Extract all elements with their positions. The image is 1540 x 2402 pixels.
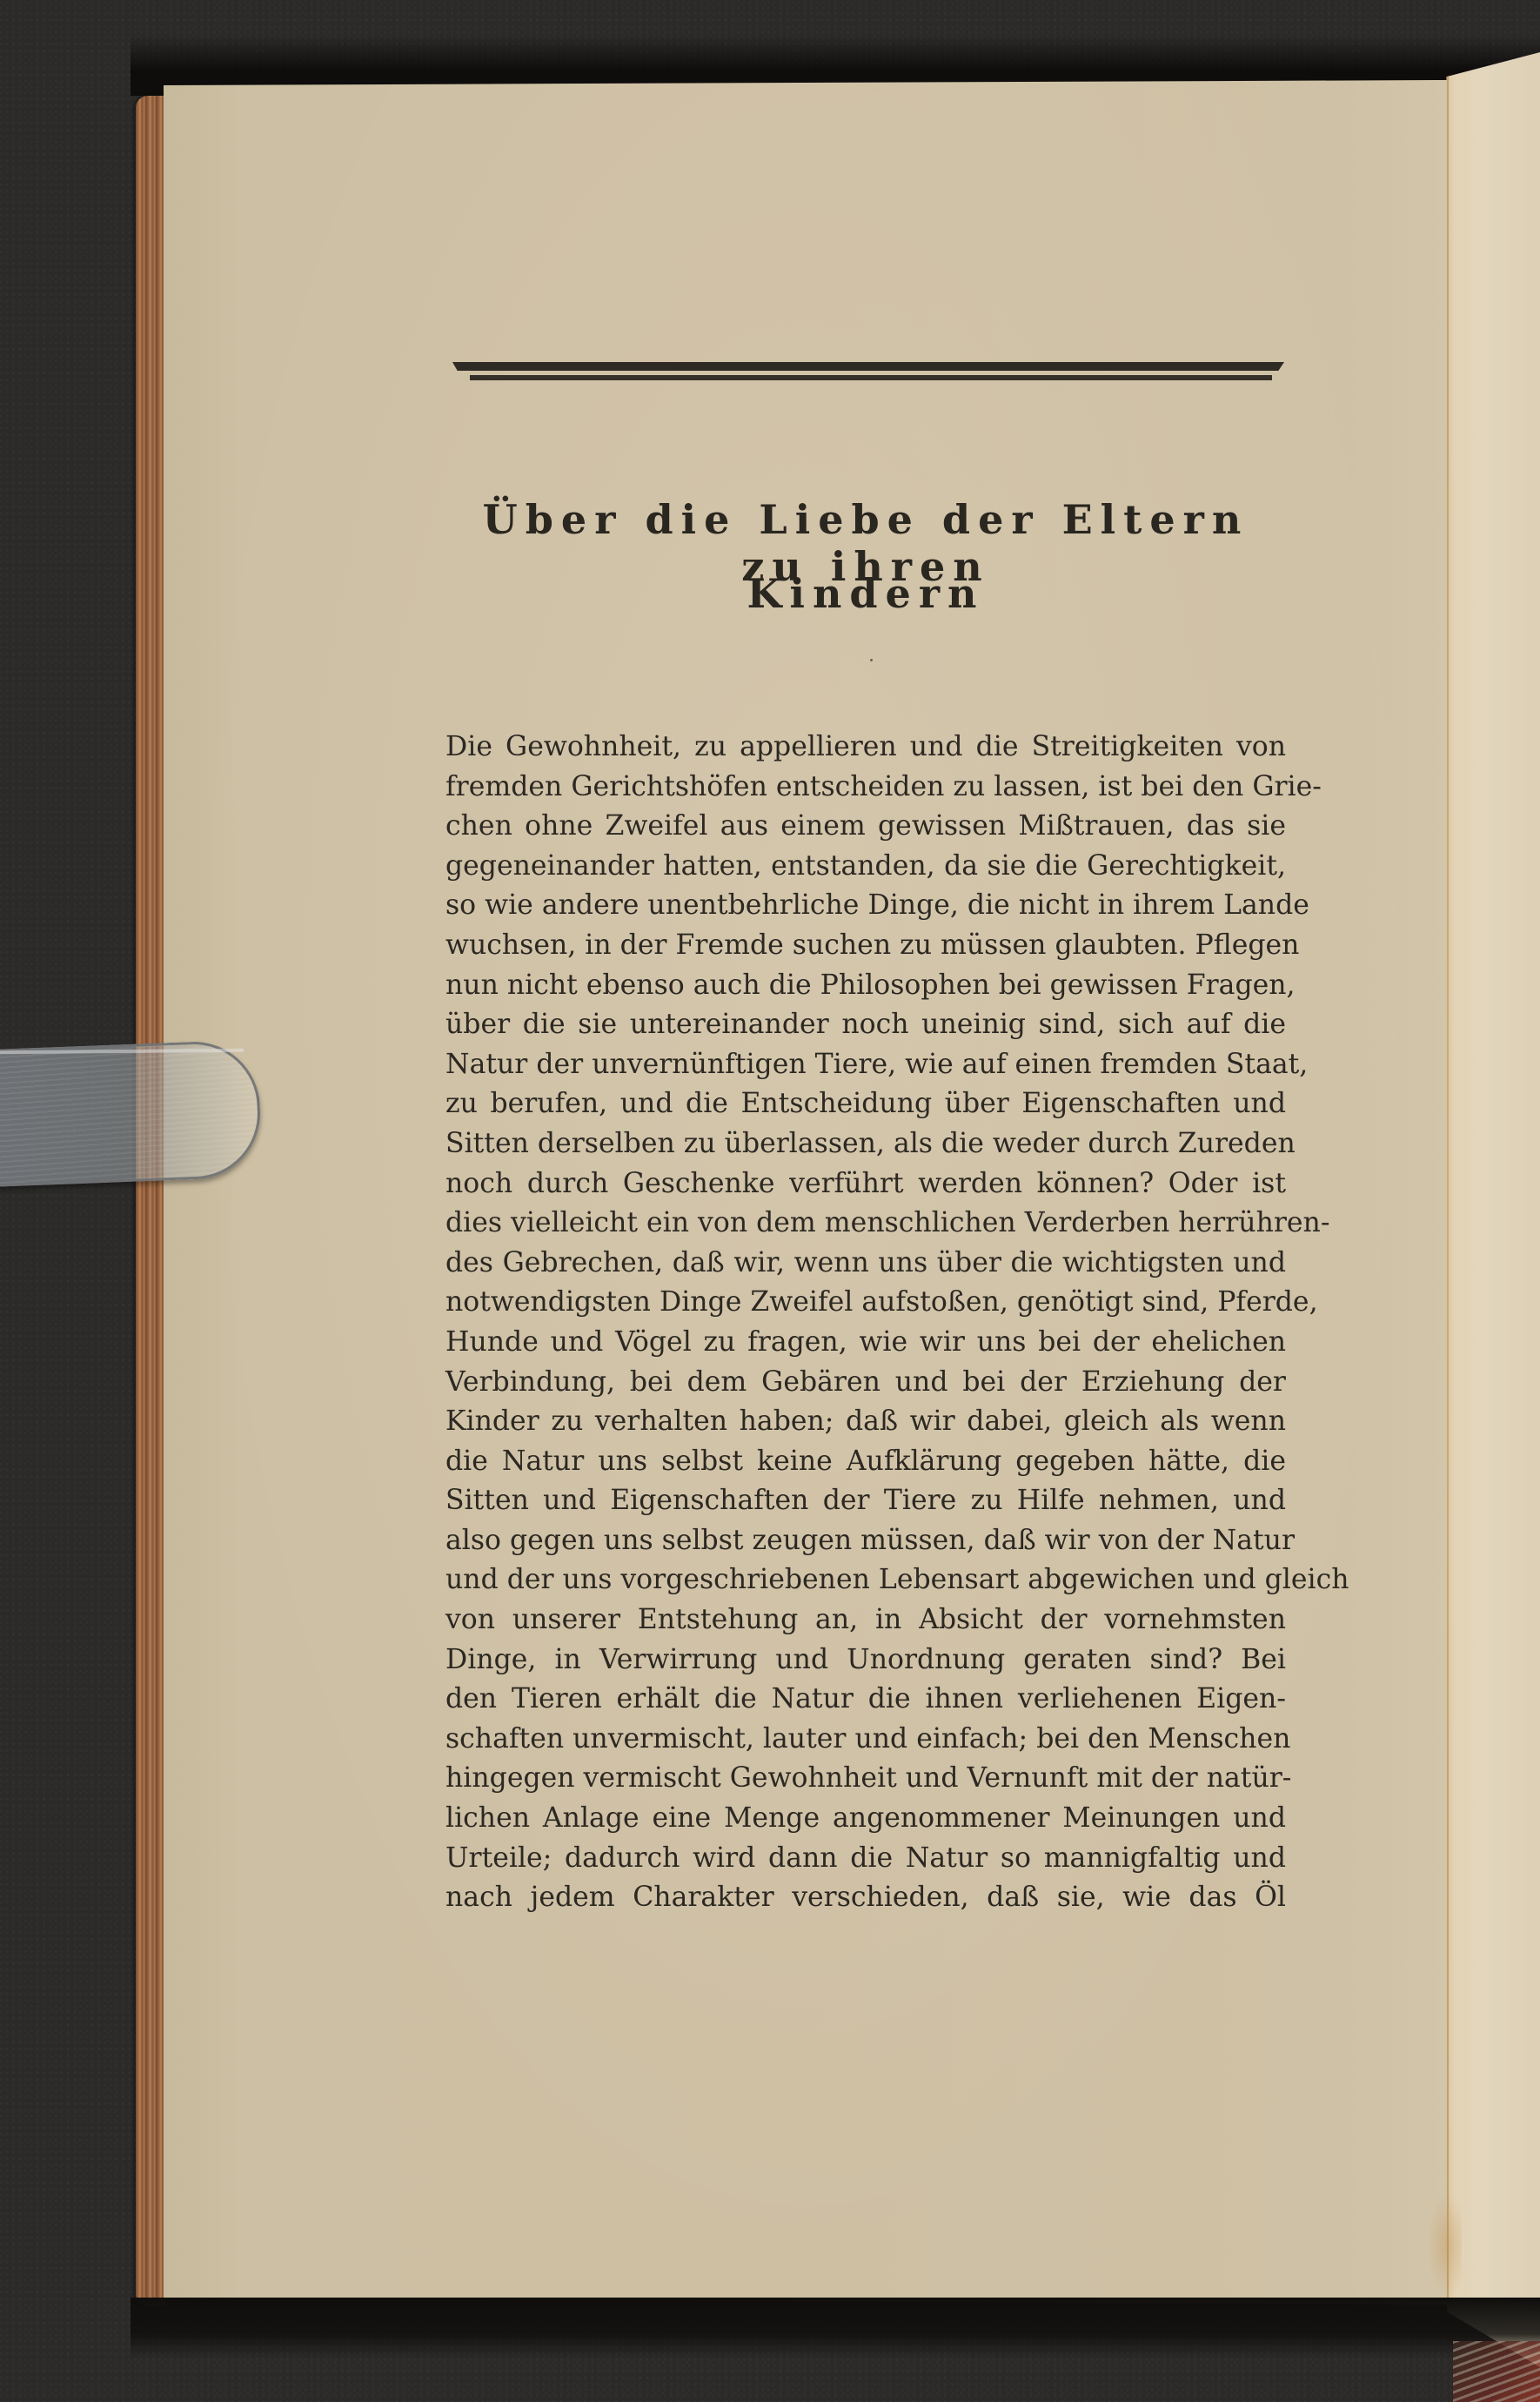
text-line: dies vielleicht ein von dem menschlichen… <box>445 1204 1286 1244</box>
text-line: schaften unvermischt, lauter und einfach… <box>445 1720 1286 1760</box>
text-line: den Tieren erhält die Natur die ihnen ve… <box>445 1680 1286 1720</box>
text-line: nun nicht ebenso auch die Philosophen be… <box>445 966 1286 1006</box>
text-line: Urteile; dadurch wird dann die Natur so … <box>445 1839 1286 1879</box>
text-line: lichen Anlage eine Menge angenommener Me… <box>445 1799 1286 1839</box>
gutter-stain <box>1427 2193 1462 2298</box>
text-line: des Gebrechen, daß wir, wenn uns über di… <box>445 1244 1286 1284</box>
text-line: Dinge, in Verwirrung und Unordnung gerat… <box>445 1640 1286 1681</box>
text-line: also gegen uns selbst zeugen müssen, daß… <box>445 1521 1286 1561</box>
print-speck <box>870 659 873 661</box>
page-holder-clip <box>0 1039 263 1187</box>
text-line: Hunde und Vögel zu fragen, wie wir uns b… <box>445 1323 1286 1363</box>
text-line: Sitten und Eigenschaften der Tiere zu Hi… <box>445 1481 1286 1521</box>
facing-page-edge <box>1447 52 1540 2367</box>
text-line: Natur der unvernünftigen Tiere, wie auf … <box>445 1045 1286 1085</box>
book-bottom-shadow <box>131 2298 1540 2358</box>
text-line: und der uns vorgeschriebenen Lebensart a… <box>445 1560 1286 1600</box>
text-line: wuchsen, in der Fremde suchen zu müssen … <box>445 926 1286 966</box>
chapter-title-line-2: Kindern <box>445 570 1286 617</box>
page-fore-edge-stack <box>136 96 167 2306</box>
double-rule-ornament <box>452 362 1284 385</box>
body-paragraph: Die Gewohnheit, zu appellieren und die S… <box>445 728 1286 1918</box>
text-line: von unserer Entstehung an, in Absicht de… <box>445 1600 1286 1640</box>
text-line: über die sie untereinander noch uneinig … <box>445 1005 1286 1045</box>
rule-thin <box>470 375 1272 380</box>
text-line: Die Gewohnheit, zu appellieren und die S… <box>445 728 1286 768</box>
text-line: hingegen vermischt Gewohnheit und Vernun… <box>445 1759 1286 1799</box>
text-line: nach jedem Charakter verschieden, daß si… <box>445 1878 1286 1918</box>
text-line: notwendigsten Dinge Zweifel aufstoßen, g… <box>445 1283 1286 1323</box>
text-line: Sitten derselben zu überlassen, als die … <box>445 1124 1286 1164</box>
text-line: die Natur uns selbst keine Aufklärung ge… <box>445 1442 1286 1482</box>
rule-thick <box>452 362 1284 371</box>
text-line: zu berufen, und die Entscheidung über Ei… <box>445 1084 1286 1124</box>
text-line: Verbindung, bei dem Gebären und bei der … <box>445 1363 1286 1403</box>
text-line: Kinder zu verhalten haben; daß wir dabei… <box>445 1402 1286 1442</box>
text-line: so wie andere unentbehrliche Dinge, die … <box>445 886 1286 926</box>
ribbon-fringe <box>1453 2341 1540 2402</box>
text-line: chen ohne Zweifel aus einem gewissen Miß… <box>445 807 1286 847</box>
text-line: gegeneinander hatten, entstanden, da sie… <box>445 847 1286 887</box>
text-line: noch durch Geschenke verführt werden kön… <box>445 1164 1286 1204</box>
text-line: fremden Gerichtshöfen entscheiden zu las… <box>445 768 1286 808</box>
